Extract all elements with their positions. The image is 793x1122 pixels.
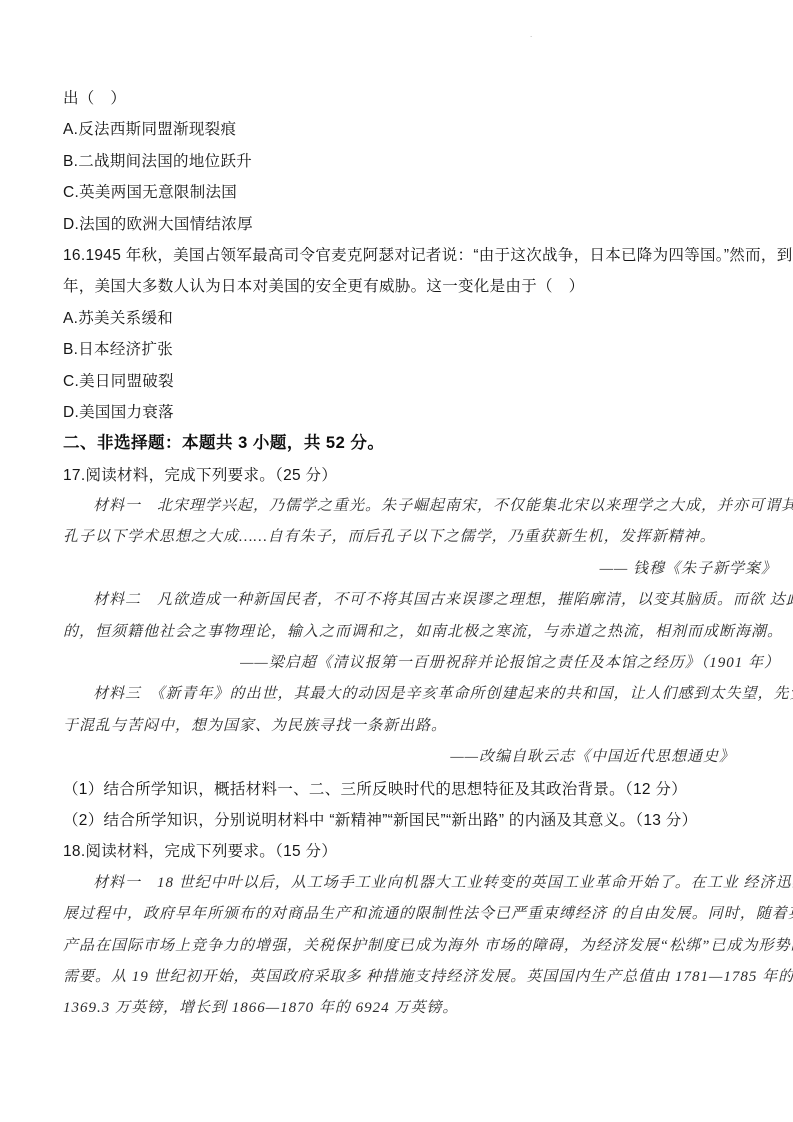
q18-material-1-line-5: 1369.3 万英镑，增长到 1866—1870 年的 6924 万英镑。: [63, 993, 780, 1024]
q15-option-a: A.反法西斯同盟渐现裂痕: [63, 114, 780, 145]
q18-material-1-line-3: 产品在国际市场上竞争力的增强，关税保护制度已成为海外 市场的障碍，为经济发展“松…: [63, 931, 780, 962]
exam-text-block: 出（ ） A.反法西斯同盟渐现裂痕 B.二战期间法国的地位跃升 C.英美两国无意…: [63, 83, 780, 1025]
q17-stem: 17.阅读材料，完成下列要求。（25 分）: [63, 460, 780, 491]
q17-material-2-source: ——梁启超《清议报第一百册祝辞并论报馆之责任及本馆之经历》（1901 年）: [63, 648, 780, 679]
q17-material-2-line-1: 材料二 凡欲造成一种新国民者，不可不将其国古来误谬之理想，摧陷廓清，以变其脑质。…: [63, 585, 780, 616]
stray-mark: ·: [530, 36, 533, 39]
q16-option-d: D.美国国力衰落: [63, 397, 780, 428]
q18-material-1-line-4: 需要。从 19 世纪初开始，英国政府采取多 种措施支持经济发展。英国国内生产总值…: [63, 962, 780, 993]
q17-material-3-line-1: 材料三 《新青年》的出世，其最大的动因是辛亥革命所创建起来的共和国，让人们感到太…: [63, 679, 780, 710]
q15-stem-tail: 出（ ）: [63, 83, 780, 114]
q18-stem: 18.阅读材料，完成下列要求。（15 分）: [63, 836, 780, 867]
q16-option-a: A.苏美关系缓和: [63, 303, 780, 334]
q15-option-b: B.二战期间法国的地位跃升: [63, 146, 780, 177]
q16-option-b: B.日本经济扩张: [63, 334, 780, 365]
q18-material-1-line-2: 展过程中，政府早年所颁布的对商品生产和流通的限制性法令已严重束缚经济 的自由发展…: [63, 899, 780, 930]
q17-material-1-source: —— 钱穆《朱子新学案》: [63, 554, 780, 585]
q16-option-c: C.美日同盟破裂: [63, 366, 780, 397]
q17-material-2-line-2: 的，恒须籍他社会之事物理论，输入之而调和之，如南北极之寒流，与赤道之热流，相剂而…: [63, 617, 780, 648]
q16-stem-line-1: 16.1945 年秋，美国占领军最高司令官麦克阿瑟对记者说：“由于这次战争，日本…: [63, 240, 780, 271]
q17-material-1-line-1: 材料一 北宋理学兴起，乃儒学之重光。朱子崛起南宋，不仅能集北宋以来理学之大成，并…: [63, 491, 780, 522]
q18-material-1-line-1: 材料一 18 世纪中叶以后，从工场手工业向机器大工业转变的英国工业革命开始了。在…: [63, 868, 780, 899]
document-page: { "page": { "stray_mark": "·" }, "q15": …: [0, 0, 793, 1122]
q17-material-1-line-2: 孔子以下学术思想之大成……自有朱子，而后孔子以下之儒学，乃重获新生机，发挥新精神…: [63, 522, 780, 553]
q17-material-3-source: ——改编自耿云志《中国近代思想通史》: [63, 742, 780, 773]
section-2-heading: 二、非选择题：本题共 3 小题，共 52 分。: [63, 428, 780, 459]
q15-option-d: D.法国的欧洲大国情结浓厚: [63, 209, 780, 240]
q16-stem-line-2: 年，美国大多数人认为日本对美国的安全更有威胁。这一变化是由于（ ）: [63, 271, 780, 302]
q17-sub-question-2: （2）结合所学知识，分别说明材料中 “新精神”“新国民”“新出路” 的内涵及其意…: [63, 805, 780, 836]
q15-option-c: C.英美两国无意限制法国: [63, 177, 780, 208]
q17-material-3-line-2: 于混乱与苦闷中，想为国家、为民族寻找一条新出路。: [63, 711, 780, 742]
q17-sub-question-1: （1）结合所学知识，概括材料一、二、三所反映时代的思想特征及其政治背景。（12 …: [63, 774, 780, 805]
